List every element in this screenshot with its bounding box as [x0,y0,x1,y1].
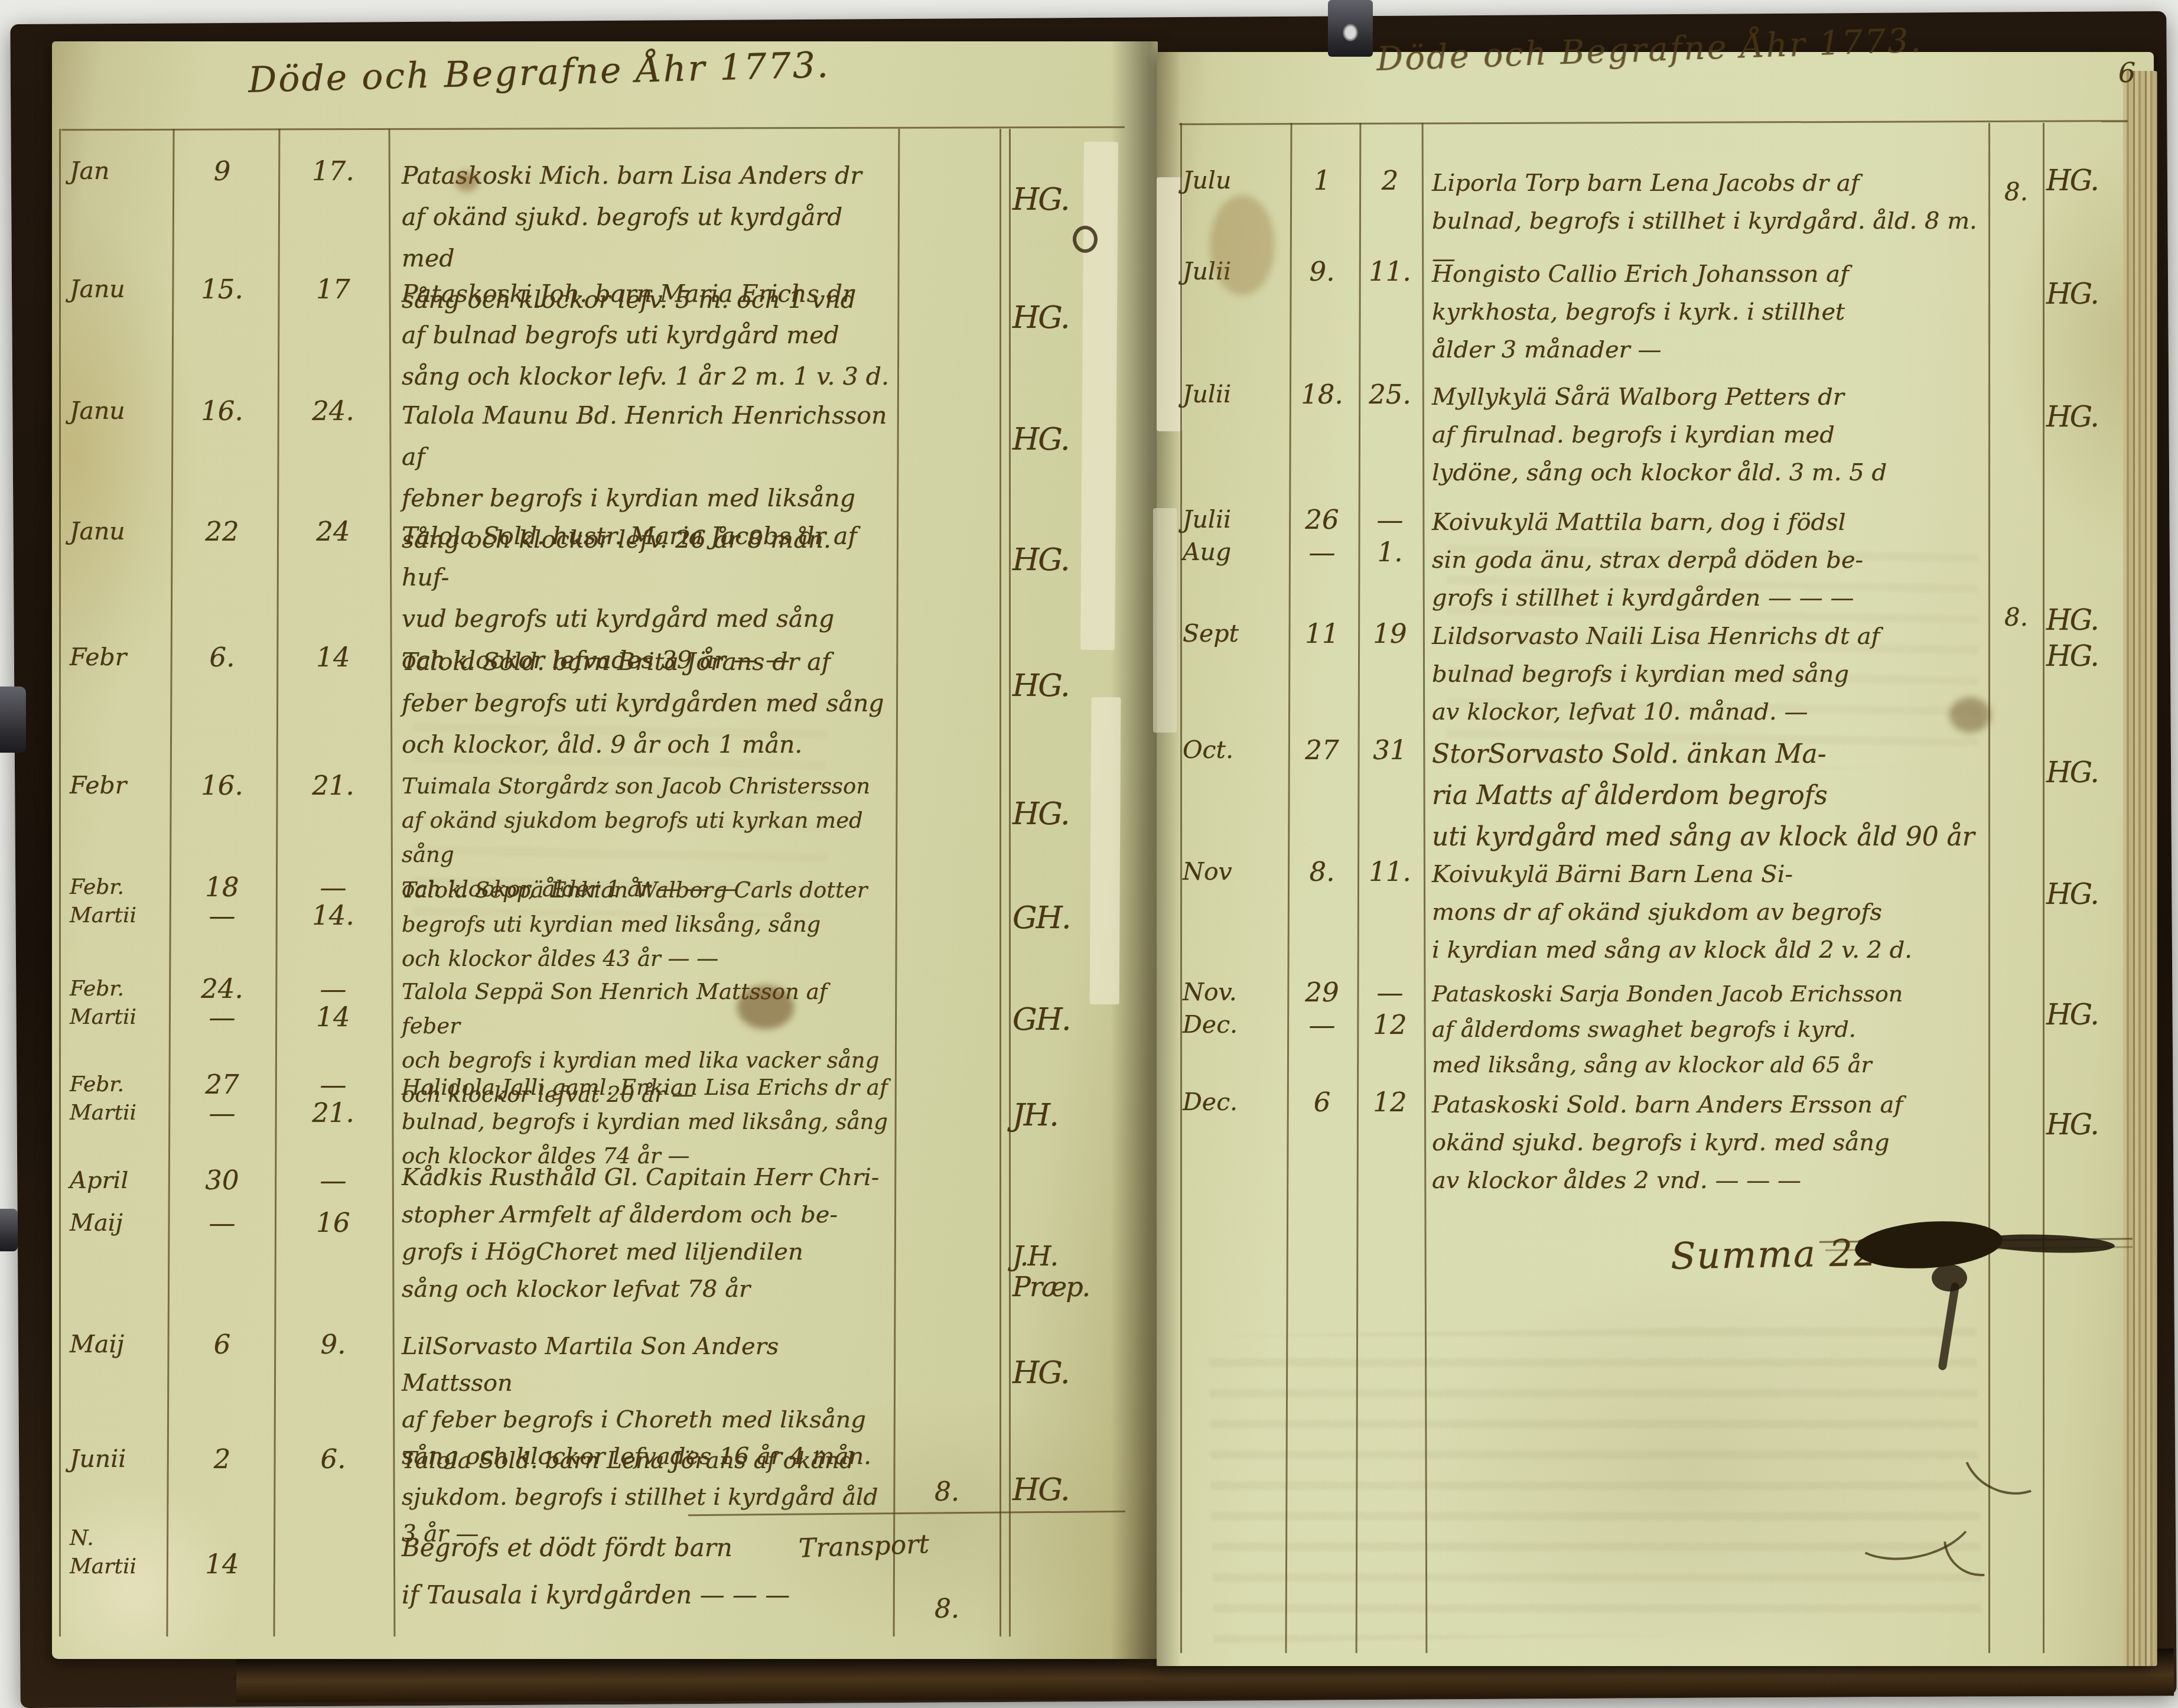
burial-day: 25. [1360,378,1420,411]
clasp-hole [1343,24,1358,41]
death-day: 30 — [172,1159,272,1244]
death-day: 15. [172,273,272,305]
spine-tape-repair [1157,177,1183,431]
clergy-initials: HG. [1013,300,1116,336]
burial-day: 11. [1360,255,1420,288]
burial-day: — 1. [1360,503,1420,568]
burial-day: 31 [1360,734,1420,766]
clasp-icon [1328,0,1373,57]
burial-day: 24 [280,515,386,548]
record-text: Hongisto Callio Erich Johansson af kyrkh… [1432,255,1978,369]
death-month: Julii Aug [1183,503,1284,568]
death-day: 16. [172,769,272,802]
clergy-initials: HG. [1013,1355,1116,1391]
burial-day: 6. [280,1443,386,1475]
death-day: 8. [1290,855,1354,888]
clergy-initials: HG. [1013,1472,1116,1508]
record-text: Myllykylä Sårä Walborg Petters dr af fir… [1432,378,1978,492]
death-month: Julu [1183,164,1284,197]
transport-label: Transport [798,1529,930,1564]
death-month: Febr [70,641,167,674]
burial-day: — 14. [280,873,386,930]
death-day: 6 [1290,1086,1354,1118]
death-month: Janu [70,273,167,305]
death-month: Jan [70,155,167,187]
photographed-parish-register: Döde och Begrafne Åhr 1773. Döde och Beg… [0,0,2178,1704]
clergy-initials: HG. [1013,422,1116,457]
death-day: 26 — [1290,503,1354,568]
death-month: Maij [70,1328,167,1361]
clergy-initials: HG. [1013,668,1116,704]
burial-day: 14 [280,641,386,674]
clergy-initials: HG. [1013,182,1116,217]
death-month: N. Martii [70,1524,167,1581]
death-day: 18 — [172,873,272,930]
death-month: Febr. Martii [70,975,167,1032]
burial-day: — 12 [1360,976,1420,1041]
death-month: Janu [70,395,167,427]
clergy-initials: HG. [2046,998,2123,1032]
death-day: 9. [1290,255,1354,288]
burial-day: 14 [172,1548,272,1580]
ink-bleed-through [414,679,827,916]
clergy-initials: HG. [2046,164,2123,197]
clergy-initials: HG. [1013,796,1116,832]
stain [455,171,478,191]
death-month: Febr [70,769,167,802]
record-text: Pataskoski Sold. barn Anders Ersson af o… [1432,1086,1978,1199]
table-rule-vertical [59,129,61,1637]
death-month: Janu [70,515,167,548]
burial-day: — 14 [280,975,386,1032]
clergy-initials: HG. [2046,640,2123,673]
record-text: Pataskoski Joh. barn Maria Erichs dr af … [402,273,891,397]
burial-day: — 16 [280,1159,386,1244]
spine-tape-repair [1090,697,1121,1004]
death-month: April Maij [70,1159,167,1244]
burial-day: 12 [1360,1086,1420,1118]
burial-day: 11. [1360,855,1420,888]
death-month: Sept [1183,617,1284,650]
page-number: 6 [2118,57,2135,89]
clergy-initials: HG. [2046,878,2123,911]
clergy-initials: HG. [2046,1108,2123,1141]
death-month: Febr. Martii [70,873,167,930]
death-day: 6. [172,641,272,674]
death-month: Febr. Martii [70,1071,167,1127]
death-day: 18. [1290,378,1354,411]
ink-bleed-through [1209,1323,1982,1644]
clergy-initials: HG. [2046,401,2123,434]
death-day: 24. — [172,975,272,1032]
death-day: 9 [172,155,272,187]
clergy-initials: HG. [2046,278,2123,311]
burial-day: 19 [1360,617,1420,650]
death-day: 16. [172,395,272,427]
spine-tape-repair [1153,508,1177,733]
page-edges [2123,71,2157,1666]
record-text: Kådkis Rusthåld Gl. Capitain Herr Chri- … [402,1159,891,1308]
fee-amount: 8. [899,1477,995,1507]
table-rule-vertical [1180,123,1182,1653]
table-rule-vertical [1000,129,1001,1637]
ink-bleed-through [1447,532,1979,768]
record-text: Koivukylä Bärni Barn Lena Si- mons dr af… [1432,855,1978,969]
death-day: 29 — [1290,976,1354,1041]
stain [737,985,794,1029]
death-day: 27 — [172,1071,272,1127]
burial-day: 21. [280,769,386,802]
death-month: Oct. [1183,734,1284,766]
death-day: 11 [1290,617,1354,650]
death-month: Junii [70,1443,167,1475]
clergy-initials: HG. [2046,756,2123,789]
clergy-initials: J.H. Præp. [1013,1241,1116,1302]
stain-ring [1073,226,1098,253]
ink-blot [1932,1264,1967,1291]
death-day: 6 [172,1328,272,1361]
burial-day: 17 [280,273,386,305]
clasp-icon [0,1209,18,1251]
burial-day: 2 [1360,164,1420,197]
record-text: Pataskoski Sarja Bonden Jacob Erichsson … [1432,976,1978,1082]
clergy-initials: JH. [1013,1098,1116,1133]
clasp-icon [0,687,26,753]
burial-day: — 21. [280,1071,386,1127]
burial-day: 9. [280,1328,386,1361]
death-day: 22 [172,515,272,548]
table-rule-vertical [1009,129,1011,1637]
death-day: 27 [1290,734,1354,766]
fee-amount: 8. [1992,177,2040,206]
death-day: 2 [172,1443,272,1475]
fee-amount: 8. [899,1594,995,1624]
death-month: Nov. Dec. [1183,976,1284,1041]
record-text: Halidola Jalli gaml. Enkian Lisa Erichs … [402,1071,891,1173]
clergy-initials: GH. [1013,900,1116,936]
stain [1210,195,1275,295]
death-month: Julii [1183,378,1284,411]
burial-day: 17. [280,155,386,187]
burial-day: 24. [280,395,386,427]
clergy-initials: GH. [1013,1002,1116,1037]
death-month: Nov [1183,855,1284,888]
clergy-initials: HG. [2046,604,2123,637]
fee-amount: 8. [1992,603,2040,632]
death-day: 1 [1290,164,1354,197]
clergy-initials: HG. [1013,542,1116,578]
death-month: Dec. [1183,1086,1284,1118]
